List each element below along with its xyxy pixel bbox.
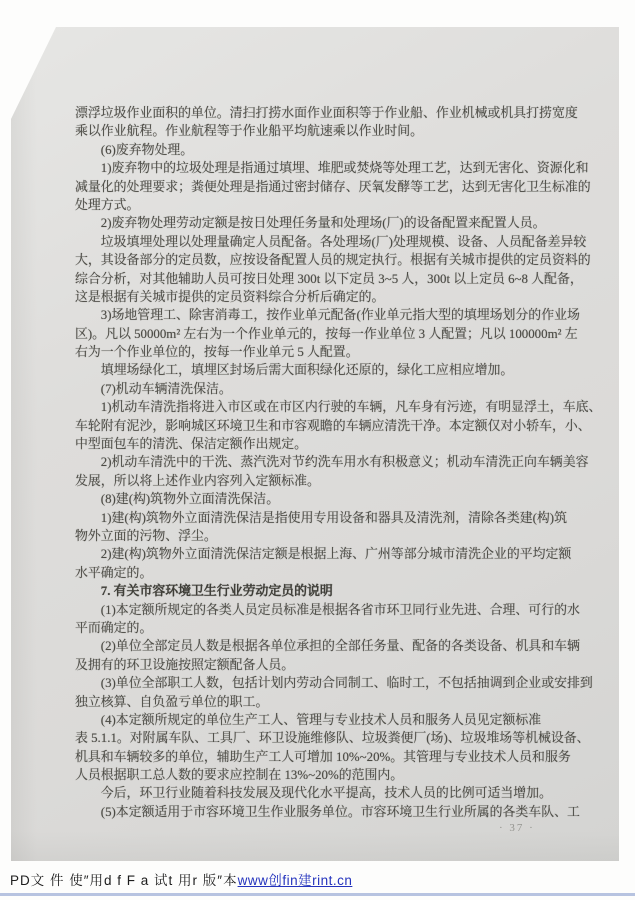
text-line: 大，其设备部分的定员数，应按设备配置人员的规定执行。根据有关城市提供的定员资料的	[75, 251, 567, 269]
text-line: 今后，环卫行业随着科技发展及现代化水平提高，技术人员的比例可适当增加。	[75, 784, 567, 802]
text-line: 2)机动车清洗中的干洗、蒸汽洗对节约洗车用水有积极意义；机动车清洗正向车辆美容	[75, 453, 567, 471]
text-line: 物外立面的污物、浮尘。	[75, 527, 567, 545]
text-line: 处理方式。	[75, 196, 567, 214]
watermark-text: PD文 件 使″用d f F a 试t 用r 版″本	[10, 873, 238, 888]
bottom-border-line	[0, 893, 635, 896]
text-line: 7. 有关市容环境卫生行业劳动定员的说明	[75, 582, 567, 600]
text-line: 1)废弃物中的垃圾处理是指通过填埋、堆肥或焚烧等处理工艺，达到无害化、资源化和	[75, 159, 567, 177]
text-line: 车轮附有泥沙，影响城区环境卫生和市容观瞻的车辆应清洗干净。本定额仅对小轿车，小、	[75, 417, 567, 435]
text-line: 右为一个作业单位的，按每一作业单元 5 人配置。	[75, 343, 567, 361]
text-line: 2)建(构)筑物外立面清洗保洁定额是根据上海、广州等部分城市清洗企业的平均定额	[75, 545, 567, 563]
text-line: (6)废弃物处理。	[75, 141, 567, 159]
text-line: 机具和车辆较多的单位，辅助生产工人可增加 10%~20%。其管理与专业技术人员和…	[75, 748, 567, 766]
document-text: 漂浮垃圾作业面积的单位。清扫打捞水面作业面积等于作业船、作业机械或机具打捞宽度乘…	[75, 104, 567, 821]
text-line: 漂浮垃圾作业面积的单位。清扫打捞水面作业面积等于作业船、作业机械或机具打捞宽度	[75, 104, 567, 122]
text-line: 水平确定的。	[75, 564, 567, 582]
text-line: 2)废弃物处理劳动定额是按日处理任务量和处理场(厂)的设备配置来配置人员。	[75, 214, 567, 232]
text-line: (5)本定额适用于市容环境卫生作业服务单位。市容环境卫生行业所属的各类车队、工	[75, 803, 567, 821]
text-line: 减量化的处理要求；粪便处理是指通过密封储存、厌氧发酵等工艺，达到无害化卫生标准的	[75, 178, 567, 196]
text-line: 这是根据有关城市提供的定员资料综合分析后确定的。	[75, 288, 567, 306]
scanned-page: 漂浮垃圾作业面积的单位。清扫打捞水面作业面积等于作业船、作业机械或机具打捞宽度乘…	[11, 27, 619, 861]
text-line: 平而确定的。	[75, 619, 567, 637]
text-line: 发展，所以将上述作业内容列入定额标准。	[75, 472, 567, 490]
text-line: 人员根据职工总人数的要求应控制在 13%~20%的范围内。	[75, 766, 567, 784]
text-line: 表 5.1.1。对附属车队、工具厂、环卫设施维修队、垃圾粪便厂(场)、垃圾堆场等…	[75, 729, 567, 747]
text-line: 独立核算、自负盈亏单位的职工。	[75, 693, 567, 711]
text-line: (7)机动车辆清洗保洁。	[75, 380, 567, 398]
text-line: (8)建(构)筑物外立面清洗保洁。	[75, 490, 567, 508]
text-line: (4)本定额所规定的单位生产工人、管理与专业技术人员和服务人员见定额标准	[75, 711, 567, 729]
text-line: 中型面包车的清洗、保洁定额作出规定。	[75, 435, 567, 453]
scanned-document-view: 漂浮垃圾作业面积的单位。清扫打捞水面作业面积等于作业船、作业机械或机具打捞宽度乘…	[0, 0, 635, 900]
text-line: (2)单位全部定员人数是根据各单位承担的全部任务量、配备的各类设备、机具和车辆	[75, 637, 567, 655]
text-line: (3)单位全部职工人数，包括计划内劳动合同制工、临时工，不包括抽调到企业或安排到	[75, 674, 567, 692]
watermark-link[interactable]: www创fin建rint.cn	[238, 873, 353, 888]
watermark-footer: PD文 件 使″用d f F a 试t 用r 版″本www创fin建rint.c…	[10, 869, 352, 889]
text-line: 3)场地管理工、除害消毒工，按作业单元配备(作业单元指大型的填埋场划分的作业场	[75, 306, 567, 324]
text-line: 1)机动车清洗指将进入市区或在市区内行驶的车辆，凡车身有污迹，有明显浮土，车底、	[75, 398, 567, 416]
text-line: 1)建(构)筑物外立面清洗保洁是指使用专用设备和器具及清洗剂，清除各类建(构)筑	[75, 509, 567, 527]
page-number: · 37 ·	[499, 822, 535, 834]
text-line: (1)本定额所规定的各类人员定员标准是根据各省市环卫同行业先进、合理、可行的水	[75, 601, 567, 619]
text-line: 及拥有的环卫设施按照定额配备人员。	[75, 656, 567, 674]
text-line: 垃圾填埋处理以处理量确定人员配备。各处理场(厂)处理规模、设备、人员配备差异较	[75, 233, 567, 251]
text-line: 综合分析，对其他辅助人员可按日处理 300t 以下定员 3~5 人，300t 以…	[75, 270, 567, 288]
text-line: 区)。凡以 50000m² 左右为一个作业单元的，按每一作业单位 3 人配置；凡…	[75, 325, 567, 343]
text-line: 填埋场绿化工，填埋区封场后需大面积绿化还原的，绿化工应相应增加。	[75, 361, 567, 379]
text-line: 乘以作业航程。作业航程等于作业船平均航速乘以作业时间。	[75, 122, 567, 140]
